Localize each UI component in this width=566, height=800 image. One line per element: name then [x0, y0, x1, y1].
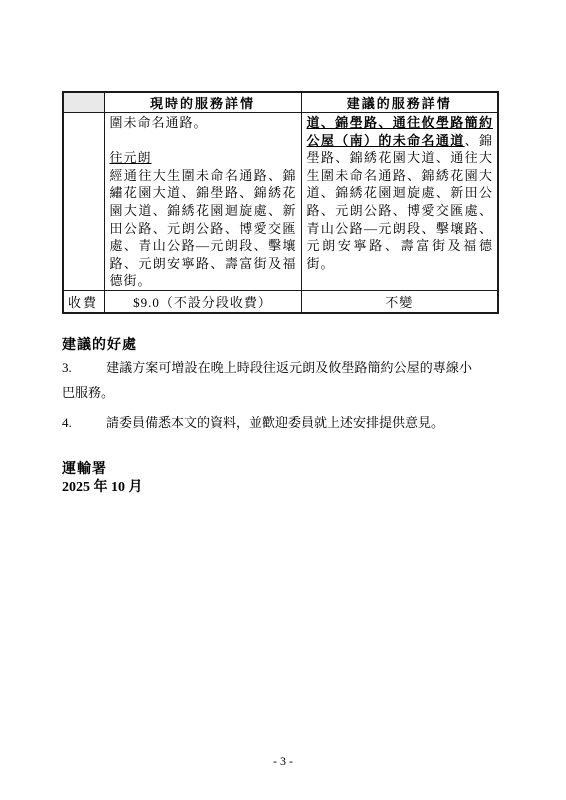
benefits-heading: 建議的好處 — [62, 334, 137, 354]
paragraph-3-number: 3. — [62, 356, 106, 381]
current-route-description: 經通往大生圍未命名通路、錦繡花園大道、錦壆路、錦綉花園大道、錦綉花園迴旋處、新田… — [110, 167, 297, 290]
current-fare: $9.0（不設分段收費） — [104, 290, 301, 313]
paragraph-3: 3.建議方案可增設在晚上時段往返元朗及攸壆路簡約公屋的專線小巴服務。 — [62, 356, 472, 405]
fare-row: 收費 $9.0（不設分段收費） 不變 — [63, 290, 498, 313]
header-current-service: 現時的服務詳情 — [104, 92, 301, 113]
service-details-table: 現時的服務詳情 建議的服務詳情 圍未命名通路。 往元朗 經通往大生圍未命名通路、… — [62, 91, 499, 314]
blank-line — [110, 132, 297, 150]
direction-heading: 往元朗 — [110, 149, 297, 167]
paragraph-4: 4.請委員備悉本文的資料，並歡迎委員就上述安排提供意見。 — [62, 411, 472, 436]
department-signature: 運輸署 — [62, 458, 107, 478]
proposed-route-cell: 道、錦壆路、通往攸壆路簡約公屋（南）的未命名通道、錦壆路、錦綉花園大道、通往大生… — [301, 113, 498, 291]
route-description-row: 圍未命名通路。 往元朗 經通往大生圍未命名通路、錦繡花園大道、錦壆路、錦綉花園大… — [63, 113, 498, 291]
paragraph-4-number: 4. — [62, 411, 106, 436]
current-route-cell: 圍未命名通路。 往元朗 經通往大生圍未命名通路、錦繡花園大道、錦壆路、錦綉花園大… — [104, 113, 301, 291]
paragraph-4-text: 請委員備悉本文的資料，並歡迎委員就上述安排提供意見。 — [106, 415, 444, 430]
page-number: - 3 - — [0, 754, 566, 769]
header-corner-cell — [63, 92, 104, 113]
route-row-label-cell — [63, 113, 104, 291]
header-proposed-service: 建議的服務詳情 — [301, 92, 498, 113]
proposed-route-description: 道、錦壆路、通往攸壆路簡約公屋（南）的未命名通道、錦壆路、錦綉花園大道、通往大生… — [307, 114, 494, 272]
fare-label: 收費 — [63, 290, 104, 313]
proposed-route-rest-segment: 、錦壆路、錦綉花園大道、通往大生圍未命名通路、錦綉花園大道、錦綉花園迴旋處、新田… — [307, 133, 494, 271]
proposed-fare: 不變 — [301, 290, 498, 313]
document-date: 2025 年 10 月 — [62, 476, 143, 496]
paragraph-3-text: 建議方案可增設在晚上時段往返元朗及攸壆路簡約公屋的專線小巴服務。 — [62, 360, 472, 400]
document-page: 現時的服務詳情 建議的服務詳情 圍未命名通路。 往元朗 經通往大生圍未命名通路、… — [0, 0, 566, 800]
table-header-row: 現時的服務詳情 建議的服務詳情 — [63, 92, 498, 113]
current-route-continuation: 圍未命名通路。 — [110, 114, 297, 132]
